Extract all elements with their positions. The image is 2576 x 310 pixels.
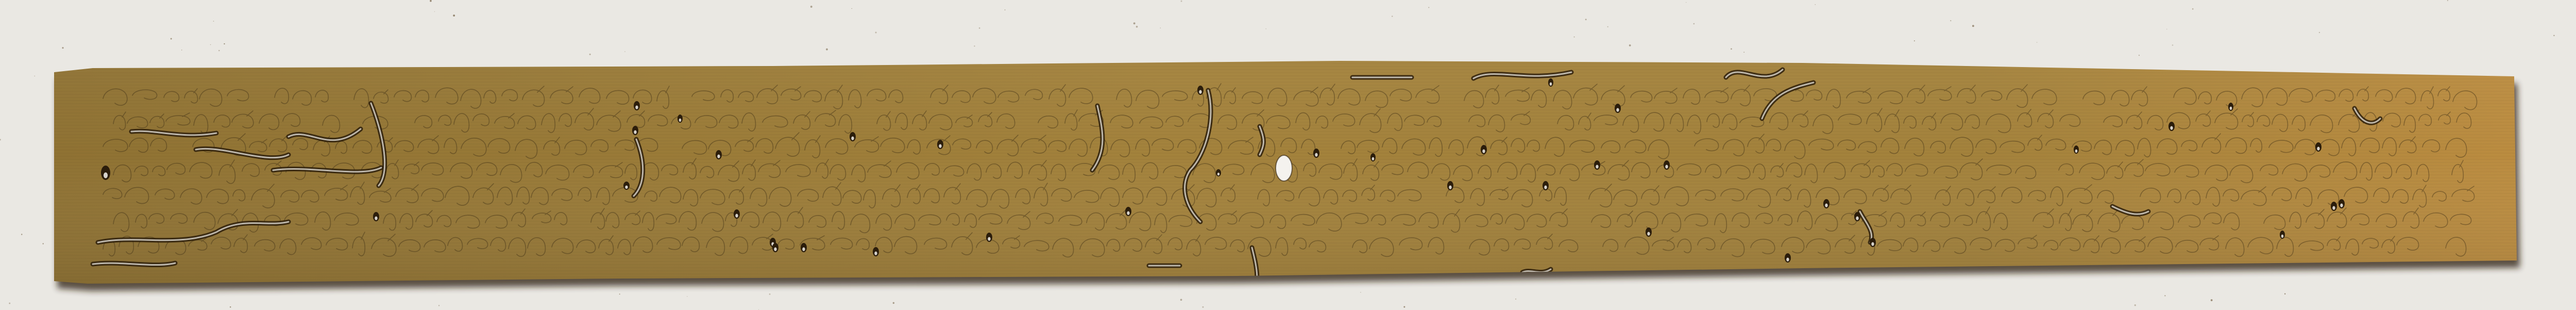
binding-hole [1276, 155, 1292, 181]
photo-stage: Palm-leaf manuscript with incised script [0, 0, 2576, 310]
manuscript-photo [0, 0, 2576, 310]
